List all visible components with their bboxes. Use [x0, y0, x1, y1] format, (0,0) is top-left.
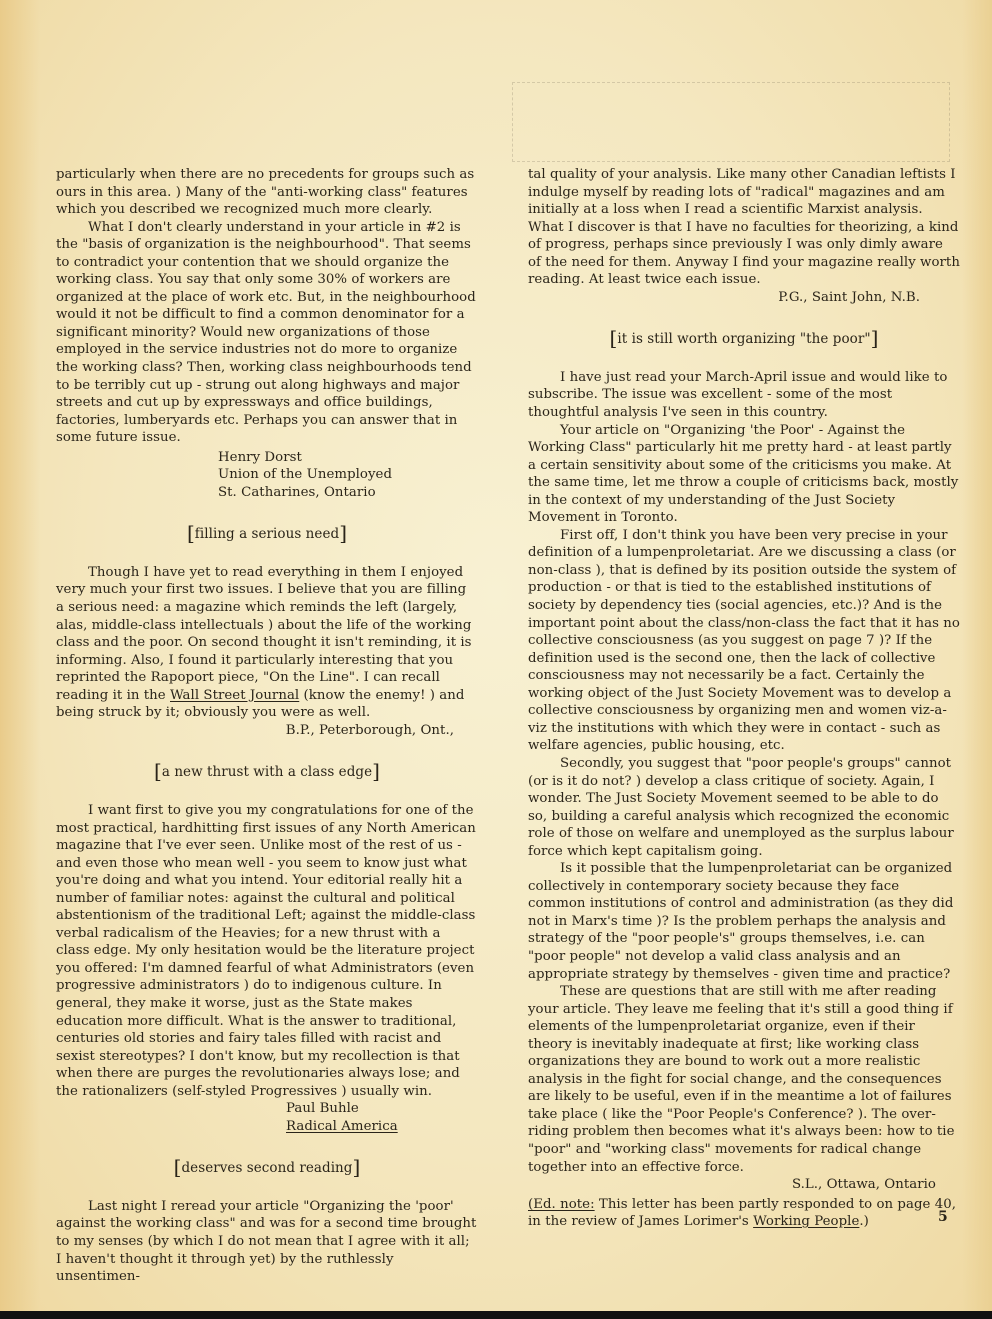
letter5-paragraph-2: Your article on "Organizing 'the Poor' -… — [528, 422, 960, 527]
letter2-paragraph: Though I have yet to read everything in … — [56, 564, 478, 722]
faded-stamp-mark — [512, 82, 950, 162]
letter4-heading: [deserves second reading] — [56, 1157, 478, 1178]
letter5-paragraph-3: First off, I don't think you have been v… — [528, 527, 960, 755]
left-column: particularly when there are no precedent… — [56, 166, 478, 1286]
right-column: tal quality of your analysis. Like many … — [528, 166, 960, 1231]
letter5-paragraph-4: Secondly, you suggest that "poor people'… — [528, 755, 960, 860]
letter4-continuation: tal quality of your analysis. Like many … — [528, 166, 960, 289]
letter5-paragraph-5: Is it possible that the lumpenproletaria… — [528, 860, 960, 983]
book-title: Working People — [753, 1214, 859, 1229]
letter2-heading: [filling a serious need] — [56, 523, 478, 544]
signature-organization: Union of the Unemployed — [56, 466, 478, 484]
letter5-signature: S.L., Ottawa, Ontario — [528, 1176, 960, 1194]
signature-name: Henry Dorst — [56, 449, 478, 467]
letter5-paragraph-6: These are questions that are still with … — [528, 983, 960, 1176]
letter4-signature: P.G., Saint John, N.B. — [528, 289, 960, 307]
letter1-paragraph-1: particularly when there are no precedent… — [56, 166, 478, 219]
publication-title: Wall Street Journal — [170, 688, 299, 703]
editor-note-label: (Ed. note: — [528, 1197, 595, 1212]
letter3-paragraph: I want first to give you my congratulati… — [56, 802, 478, 1100]
letter2-signature: B.P., Peterborough, Ont., — [56, 722, 478, 740]
signature-location: St. Catharines, Ontario — [56, 484, 478, 502]
letter3-signature-name: Paul Buhle — [56, 1100, 478, 1118]
paper-edge-left — [0, 0, 40, 1319]
letter3-signature-org: Radical America — [56, 1118, 478, 1136]
letter5-heading: [it is still worth organizing "the poor"… — [528, 328, 960, 349]
letter5-paragraph-1: I have just read your March-April issue … — [528, 369, 960, 422]
scan-bottom-edge — [0, 1311, 992, 1319]
letter3-heading: [a new thrust with a class edge] — [56, 761, 478, 782]
editor-note: (Ed. note: This letter has been partly r… — [528, 1196, 960, 1231]
page-number: 5 — [938, 1209, 948, 1225]
letter1-paragraph-2: What I don't clearly understand in your … — [56, 219, 478, 447]
paper-edge-right — [962, 0, 992, 1319]
letter4-paragraph: Last night I reread your article "Organi… — [56, 1198, 478, 1286]
letter1-signature: Henry Dorst Union of the Unemployed St. … — [56, 449, 478, 502]
